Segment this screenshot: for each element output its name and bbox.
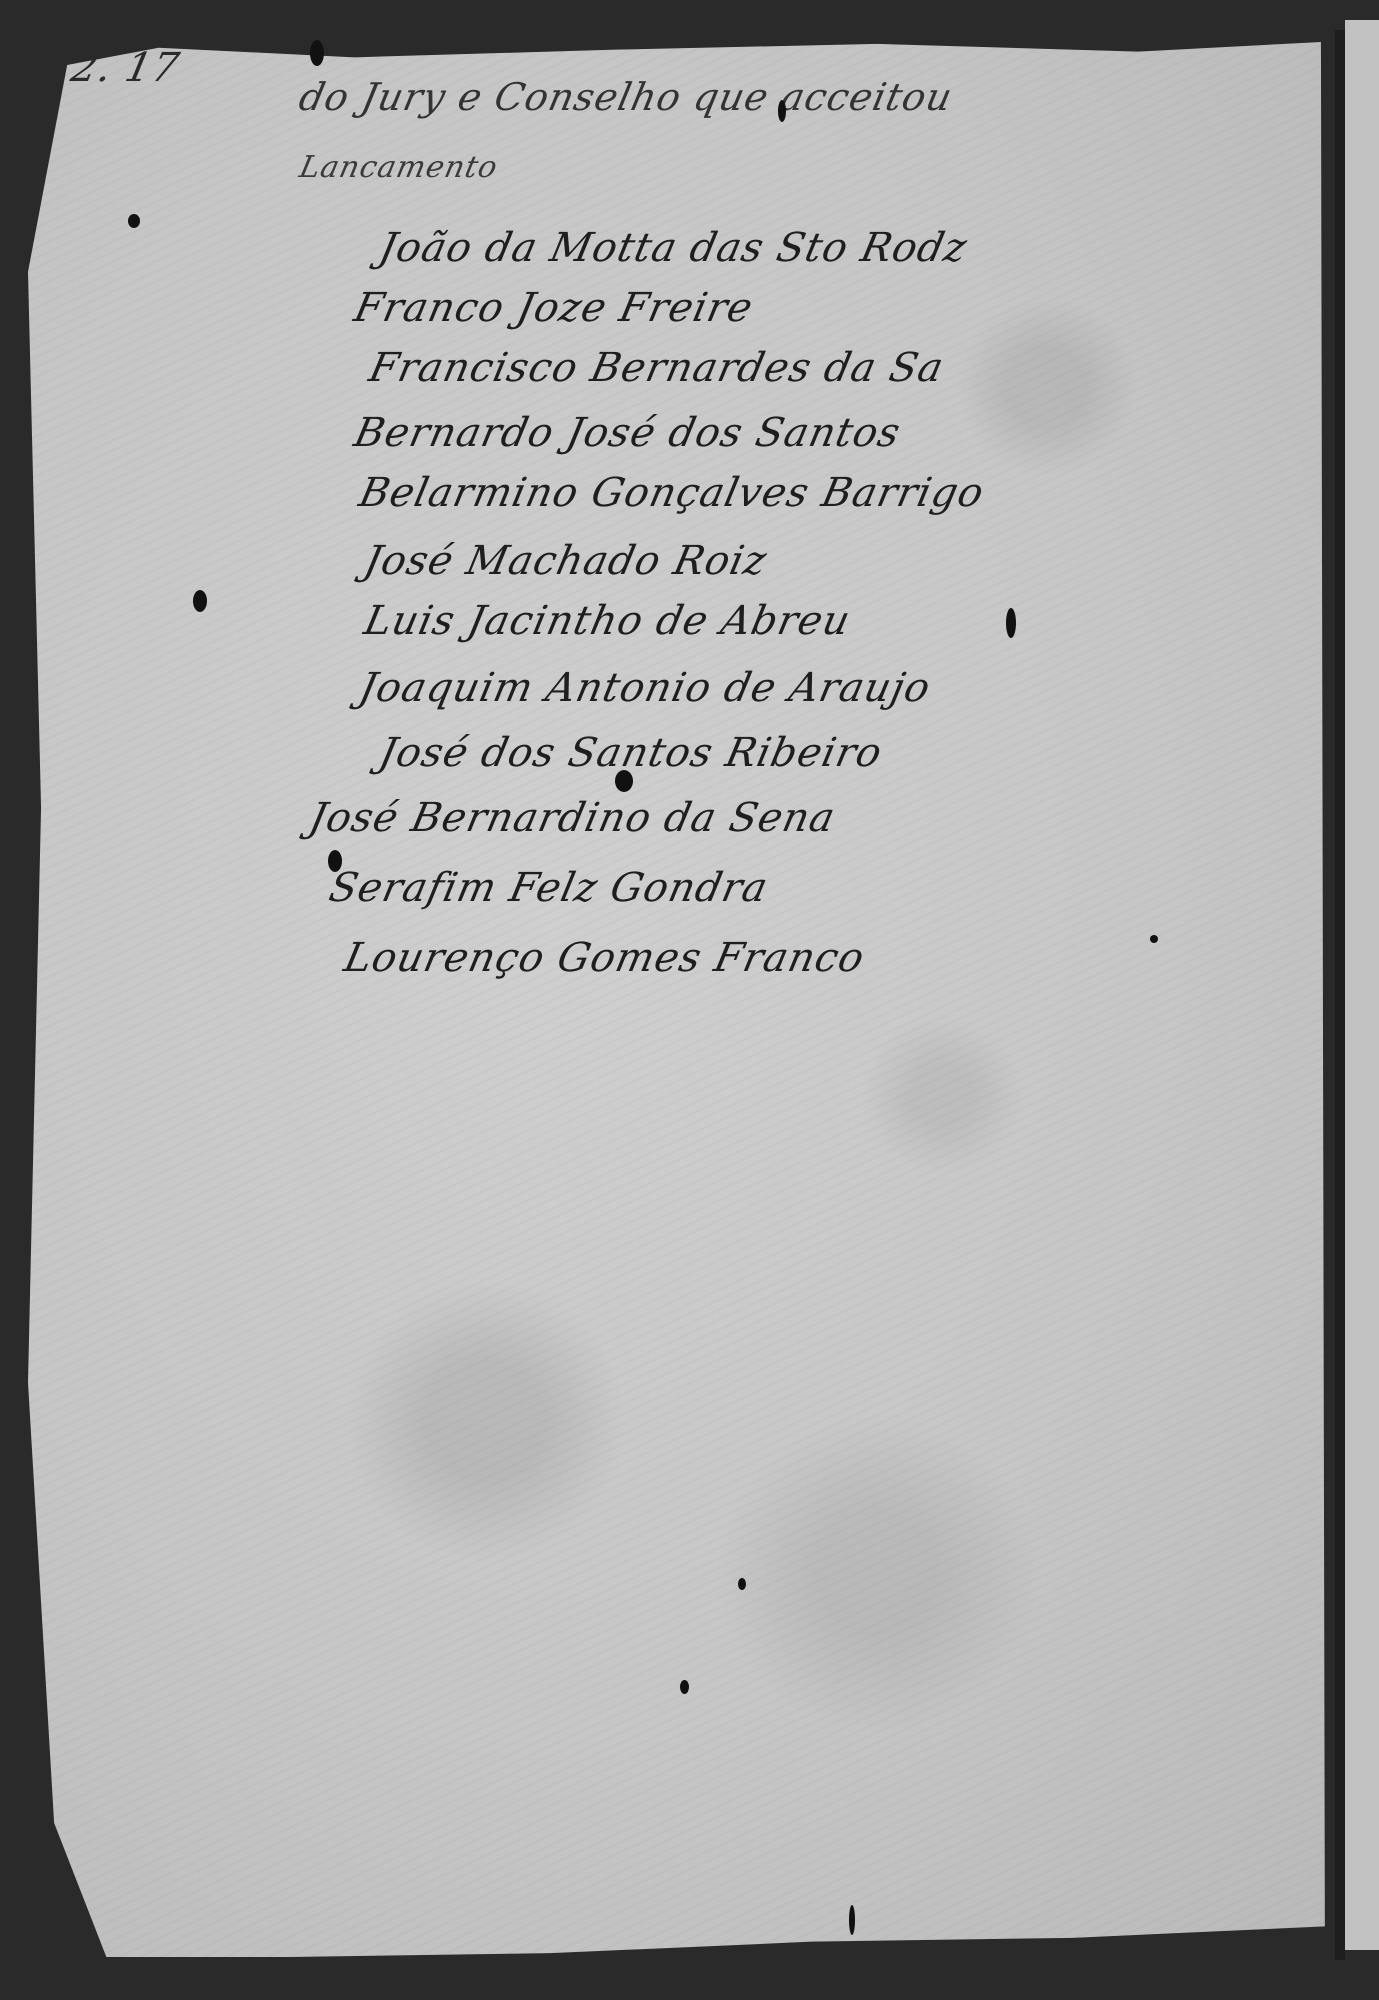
list-item: Luis Jacintho de Abreu xyxy=(360,598,855,644)
list-item: José dos Santos Ribeiro xyxy=(375,730,886,776)
list-item: Serafim Felz Gondra xyxy=(325,865,772,911)
adjacent-page-edge xyxy=(1345,20,1379,1950)
ink-blot xyxy=(615,770,633,792)
binding-gutter xyxy=(1335,30,1345,1960)
ink-blot xyxy=(193,590,207,612)
folio-number: 2. 17 xyxy=(67,45,184,91)
ink-blot xyxy=(328,850,342,872)
list-item: Belarmino Gonçalves Barrigo xyxy=(355,470,988,516)
heading-continuation: Lancamento xyxy=(296,150,501,185)
ink-blot xyxy=(778,100,786,122)
ink-blot xyxy=(1150,935,1158,943)
ink-blot xyxy=(310,40,324,66)
list-item: João da Motta das Sto Rodz xyxy=(375,225,971,271)
list-item: Francisco Bernardes da Sa xyxy=(365,345,948,391)
list-item: José Bernardino da Sena xyxy=(305,795,840,841)
list-item: José Machado Roiz xyxy=(360,538,771,584)
ink-blot xyxy=(1006,608,1016,638)
ink-blot xyxy=(680,1680,689,1694)
ink-blot xyxy=(849,1905,855,1935)
list-item: Bernardo José dos Santos xyxy=(350,410,905,456)
list-item: Joaquim Antonio de Araujo xyxy=(355,665,935,711)
list-item: Lourenço Gomes Franco xyxy=(340,935,869,981)
page-heading: do Jury e Conselho que acceitou xyxy=(295,75,956,119)
ink-blot xyxy=(738,1578,746,1590)
ink-blot xyxy=(128,214,140,228)
list-item: Franco Joze Freire xyxy=(350,285,757,331)
